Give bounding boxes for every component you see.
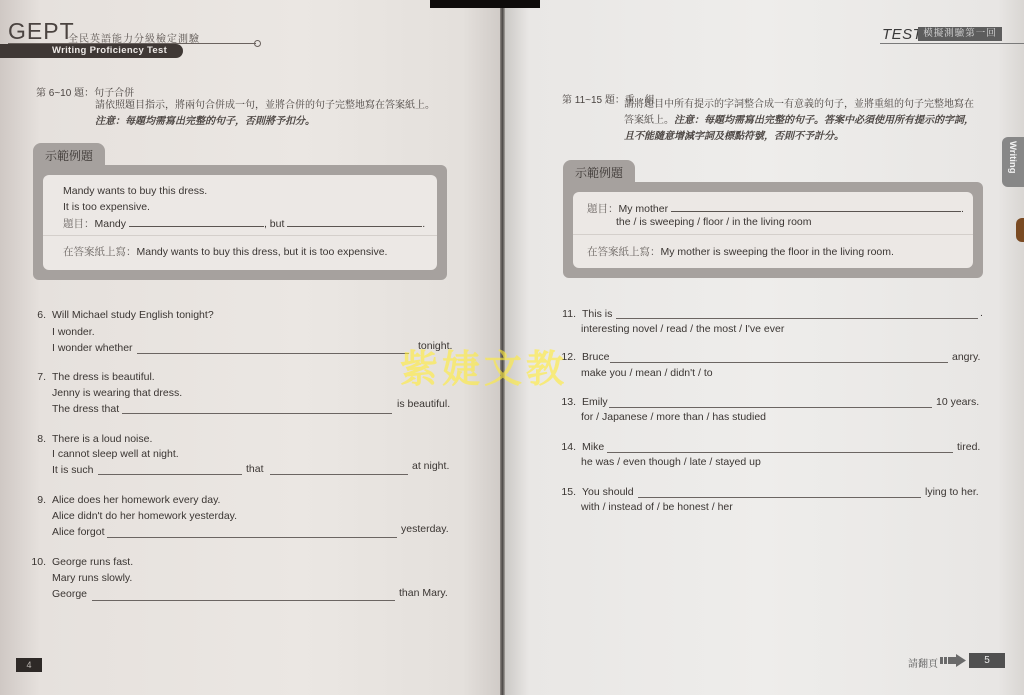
question-11-hints: interesting novel / read / the most / I'… <box>581 323 784 335</box>
answer-blank-6[interactable] <box>137 353 409 354</box>
question-8-mid: that <box>246 463 264 475</box>
section-instruction-right: 請將題目中所有提示的字詞整合成一有意義的句子，並將重組的句子完整地寫在 答案紙上… <box>624 97 974 145</box>
question-7-stem: The dress that <box>52 403 119 415</box>
question-13-hints: for / Japanese / more than / has studied <box>581 411 766 423</box>
instruction-text: 請依照題目指示，將兩句合併成一句，並將合併的句子完整地寫在答案紙上。 <box>95 98 435 114</box>
prompt-start: Mandy <box>95 218 127 230</box>
prompt-end: . <box>422 218 425 230</box>
question-7: 7.The dress is beautiful. <box>28 371 155 383</box>
instruction-plain: 答案紙上。 <box>624 115 674 126</box>
example-box-right: 示範例題 題目：My mother . the / is sweeping / … <box>563 160 983 278</box>
page-number-right: 5 <box>969 653 1005 668</box>
question-line-1: The dress is beautiful. <box>52 371 155 383</box>
left-page: GEPT 全民英語能力分級檢定測驗 Writing Proficiency Te… <box>0 0 503 695</box>
question-number: 6. <box>28 309 46 321</box>
header-rule-dot <box>254 40 261 47</box>
answer-blank-15[interactable] <box>638 497 921 498</box>
example-tab: 示範例題 <box>33 143 105 167</box>
question-stem: Mike <box>582 441 604 453</box>
writing-proficiency-banner: Writing Proficiency Test <box>0 44 183 58</box>
answer-blank-11[interactable] <box>616 318 978 319</box>
answer-label: 在答案紙上寫： <box>63 246 137 258</box>
question-6-stem: I wonder whether <box>52 342 133 354</box>
question-15-end: lying to her. <box>925 486 979 498</box>
answer-text: My mother is sweeping the floor in the l… <box>661 246 894 258</box>
example-hints: the / is sweeping / floor / in the livin… <box>616 216 812 228</box>
writing-side-tab[interactable]: Writing <box>1002 137 1024 187</box>
prompt-end: . <box>961 203 964 215</box>
answer-blank-14[interactable] <box>607 452 953 453</box>
question-9-line-2: Alice didn't do her homework yesterday. <box>52 510 237 522</box>
arrow-right-icon <box>940 654 966 667</box>
question-number: 12. <box>558 351 576 363</box>
question-8-line-2: I cannot sleep well at night. <box>52 448 179 460</box>
question-9: 9.Alice does her homework every day. <box>28 494 220 506</box>
side-tab-label: Writing <box>1007 141 1018 174</box>
question-14-end: tired. <box>957 441 980 453</box>
question-11: 11.This is <box>558 308 612 320</box>
question-line-1: There is a loud noise. <box>52 433 152 445</box>
question-10-line-2: Mary runs slowly. <box>52 572 132 584</box>
prompt-mid: , but <box>264 218 284 230</box>
example-frame: Mandy wants to buy this dress. It is too… <box>33 165 447 280</box>
answer-blank-8b[interactable] <box>270 474 408 475</box>
question-7-end: is beautiful. <box>397 398 450 410</box>
example-content: Mandy wants to buy this dress. It is too… <box>43 175 437 270</box>
question-stem: Bruce <box>582 351 609 363</box>
question-number: 15. <box>558 486 576 498</box>
question-13: 13.Emily <box>558 396 608 408</box>
prompt-label: 題目： <box>587 203 619 215</box>
question-number: 10. <box>28 556 46 568</box>
question-8: 8.There is a loud noise. <box>28 433 152 445</box>
question-number: 11. <box>558 308 576 320</box>
question-number: 14. <box>558 441 576 453</box>
book-gutter <box>500 0 505 695</box>
question-12-hints: make you / mean / didn't / to <box>581 367 713 379</box>
example-line-1: Mandy wants to buy this dress. <box>63 185 207 197</box>
section-title: 第 6~10 題：句子合併 <box>36 84 134 99</box>
question-8-end: at night. <box>412 460 449 472</box>
example-frame: 題目：My mother . the / is sweeping / floor… <box>563 182 983 278</box>
question-stem: Emily <box>582 396 608 408</box>
question-number: 13. <box>558 396 576 408</box>
answer-blank-8a[interactable] <box>98 474 242 475</box>
example-line-2: It is too expensive. <box>63 201 150 213</box>
question-12: 12.Bruce <box>558 351 609 363</box>
question-15-hints: with / instead of / be honest / her <box>581 501 733 513</box>
question-line-1: Alice does her homework every day. <box>52 494 220 506</box>
question-9-stem: Alice forgot <box>52 526 105 538</box>
blank-2 <box>287 217 422 227</box>
example-prompt: 題目：Mandy , but . <box>63 216 425 231</box>
answer-blank-7[interactable] <box>122 413 392 414</box>
gept-logo: GEPT <box>8 18 75 45</box>
example-prompt: 題目：My mother . <box>587 201 964 216</box>
answer-label: 在答案紙上寫： <box>587 246 661 258</box>
instruction-line-3: 且不能隨意增減字詞及標點符號，否則不予計分。 <box>624 129 974 145</box>
example-separator <box>43 235 437 236</box>
turn-page-label: 請翻頁 <box>908 655 938 670</box>
question-line-1: George runs fast. <box>52 556 133 568</box>
instruction-line-2: 答案紙上。注意：每題均需寫出完整的句子。答案中必須使用所有提示的字詞， <box>624 113 974 129</box>
question-6-line-2: I wonder. <box>52 326 95 338</box>
question-12-end: angry. <box>952 351 980 363</box>
question-number: 8. <box>28 433 46 445</box>
example-content: 題目：My mother . the / is sweeping / floor… <box>573 192 973 268</box>
answer-blank-13[interactable] <box>609 407 932 408</box>
answer-blank-12[interactable] <box>610 362 948 363</box>
example-answer: 在答案紙上寫：Mandy wants to buy this dress, bu… <box>63 244 387 259</box>
section-instruction: 請依照題目指示，將兩句合併成一句，並將合併的句子完整地寫在答案紙上。 注意：每題… <box>95 98 435 130</box>
blank-1 <box>129 217 264 227</box>
example-box: 示範例題 Mandy wants to buy this dress. It i… <box>33 143 447 280</box>
answer-text: Mandy wants to buy this dress, but it is… <box>137 246 388 258</box>
answer-blank-10[interactable] <box>92 600 395 601</box>
question-number: 7. <box>28 371 46 383</box>
page-number-left: 4 <box>16 658 42 672</box>
question-6: 6.Will Michael study English tonight? <box>28 309 214 321</box>
example-separator <box>573 234 973 235</box>
question-14-hints: he was / even though / late / stayed up <box>581 456 761 468</box>
question-13-end: 10 years. <box>936 396 979 408</box>
header-rule-right <box>880 43 1024 44</box>
question-11-end: . <box>980 307 983 319</box>
instruction-note: 注意：每題均需寫出完整的句子。答案中必須使用所有提示的字詞， <box>674 115 974 126</box>
question-number: 9. <box>28 494 46 506</box>
example-tab: 示範例題 <box>563 160 635 184</box>
question-8-stem: It is such <box>52 464 93 476</box>
test-label: TEST <box>882 26 922 43</box>
question-line-1: Will Michael study English tonight? <box>52 309 214 321</box>
question-stem: You should <box>582 486 634 498</box>
prompt-start: My mother <box>619 203 669 215</box>
page-edge-marker <box>1016 218 1024 242</box>
background-shadow <box>430 0 540 8</box>
question-15: 15.You should <box>558 486 634 498</box>
test-tag: 模擬測驗第一回 <box>918 27 1002 41</box>
blank-1 <box>671 202 961 212</box>
question-10-end: than Mary. <box>399 587 448 599</box>
question-7-line-2: Jenny is wearing that dress. <box>52 387 182 399</box>
question-stem: This is <box>582 308 612 320</box>
question-10: 10.George runs fast. <box>28 556 133 568</box>
instruction-note: 注意：每題均需寫出完整的句子，否則將予扣分。 <box>95 114 435 130</box>
instruction-line-1: 請將題目中所有提示的字詞整合成一有意義的句子，並將重組的句子完整地寫在 <box>624 97 974 113</box>
question-10-stem: George <box>52 588 87 600</box>
answer-blank-9[interactable] <box>107 537 397 538</box>
question-14: 14.Mike <box>558 441 604 453</box>
question-6-end: tonight. <box>418 340 452 352</box>
example-answer: 在答案紙上寫：My mother is sweeping the floor i… <box>587 244 894 259</box>
question-9-end: yesterday. <box>401 523 449 535</box>
prompt-label: 題目： <box>63 218 95 230</box>
